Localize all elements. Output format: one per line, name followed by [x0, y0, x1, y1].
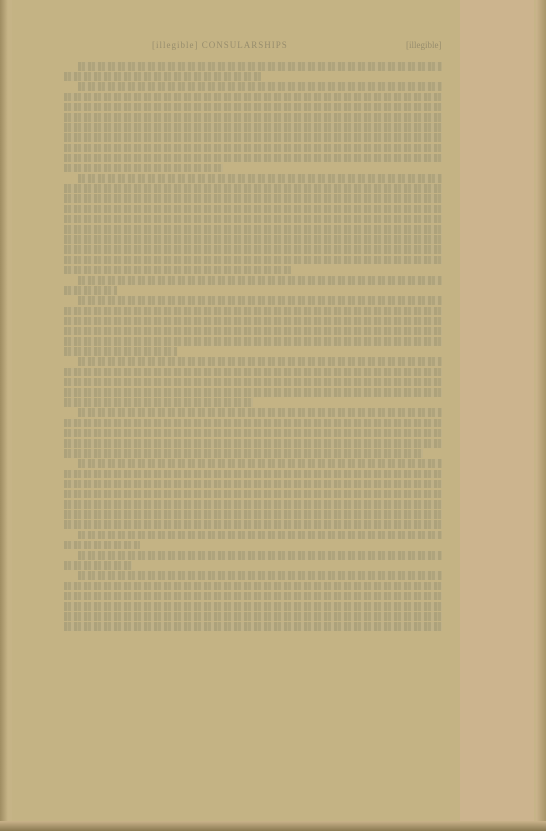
text-line	[64, 307, 442, 316]
text-line	[64, 144, 442, 153]
text-line	[64, 388, 442, 397]
paragraph: [illegible]	[64, 174, 442, 274]
paragraph-text: [illegible]	[64, 82, 65, 83]
text-line	[64, 256, 442, 265]
text-line	[64, 439, 442, 448]
text-line	[64, 245, 442, 254]
text-line	[64, 184, 442, 193]
text-line	[64, 561, 132, 570]
paragraph: [illegible]	[64, 82, 442, 172]
text-line	[64, 266, 291, 275]
text-line	[78, 459, 442, 468]
text-line	[78, 82, 442, 91]
text-line	[78, 531, 442, 540]
text-line	[64, 123, 442, 132]
running-head: [illegible] CONSULARSHIPS	[152, 40, 288, 50]
text-line	[64, 429, 442, 438]
paragraph-text: [illegible]	[64, 296, 65, 297]
text-line	[64, 72, 261, 81]
text-line	[64, 500, 442, 509]
text-line	[64, 449, 423, 458]
text-line	[64, 592, 442, 601]
scan-edge-right	[536, 0, 546, 831]
text-line	[78, 296, 442, 305]
text-line	[64, 225, 442, 234]
paragraph: [illegible]	[64, 551, 442, 570]
paragraph-text: [illegible]	[64, 276, 65, 277]
paragraph-text: [illegible]	[64, 551, 65, 552]
page-number: [illegible]	[406, 40, 442, 50]
text-line	[64, 612, 442, 621]
text-line	[64, 327, 442, 336]
text-line	[64, 622, 442, 631]
scan-edge-left	[0, 0, 8, 831]
text-line	[64, 398, 253, 407]
text-line	[78, 357, 442, 366]
paragraph: [illegible]	[64, 62, 442, 81]
text-line	[64, 164, 223, 173]
body-text: [illegible][illegible][illegible][illegi…	[64, 62, 442, 633]
paragraph: [illegible]	[64, 531, 442, 550]
text-line	[64, 582, 442, 591]
page-margin	[460, 0, 534, 821]
text-line	[64, 113, 442, 122]
text-line	[64, 347, 177, 356]
text-line	[64, 470, 442, 479]
text-line	[78, 174, 442, 183]
text-line	[78, 408, 442, 417]
text-line	[64, 133, 442, 142]
text-line	[64, 194, 442, 203]
paragraph-text: [illegible]	[64, 62, 65, 63]
text-line	[64, 510, 442, 519]
text-line	[64, 419, 442, 428]
paragraph-text: [illegible]	[64, 174, 65, 175]
paragraph: [illegible]	[64, 571, 442, 631]
text-line	[64, 337, 442, 346]
text-line	[78, 276, 442, 285]
text-line	[64, 235, 442, 244]
paragraph-text: [illegible]	[64, 531, 65, 532]
text-line	[64, 378, 442, 387]
text-line	[64, 490, 442, 499]
text-line	[64, 205, 442, 214]
text-line	[78, 551, 442, 560]
paragraph: [illegible]	[64, 408, 442, 457]
text-line	[64, 93, 442, 102]
text-line	[64, 602, 442, 611]
text-line	[64, 541, 140, 550]
text-line	[64, 520, 442, 529]
text-line	[64, 286, 117, 295]
text-line	[64, 154, 442, 163]
paragraph: [illegible]	[64, 296, 442, 356]
scan-edge-bottom	[0, 821, 546, 831]
paragraph: [illegible]	[64, 276, 442, 295]
text-line	[78, 571, 442, 580]
paragraph-text: [illegible]	[64, 571, 65, 572]
text-line	[64, 103, 442, 112]
paragraph: [illegible]	[64, 459, 442, 529]
text-line	[78, 62, 442, 71]
text-line	[64, 215, 442, 224]
text-line	[64, 317, 442, 326]
text-line	[64, 368, 442, 377]
paragraph-text: [illegible]	[64, 357, 65, 358]
paragraph-text: [illegible]	[64, 408, 65, 409]
paragraph-text: [illegible]	[64, 459, 65, 460]
paragraph: [illegible]	[64, 357, 442, 406]
text-line	[64, 480, 442, 489]
